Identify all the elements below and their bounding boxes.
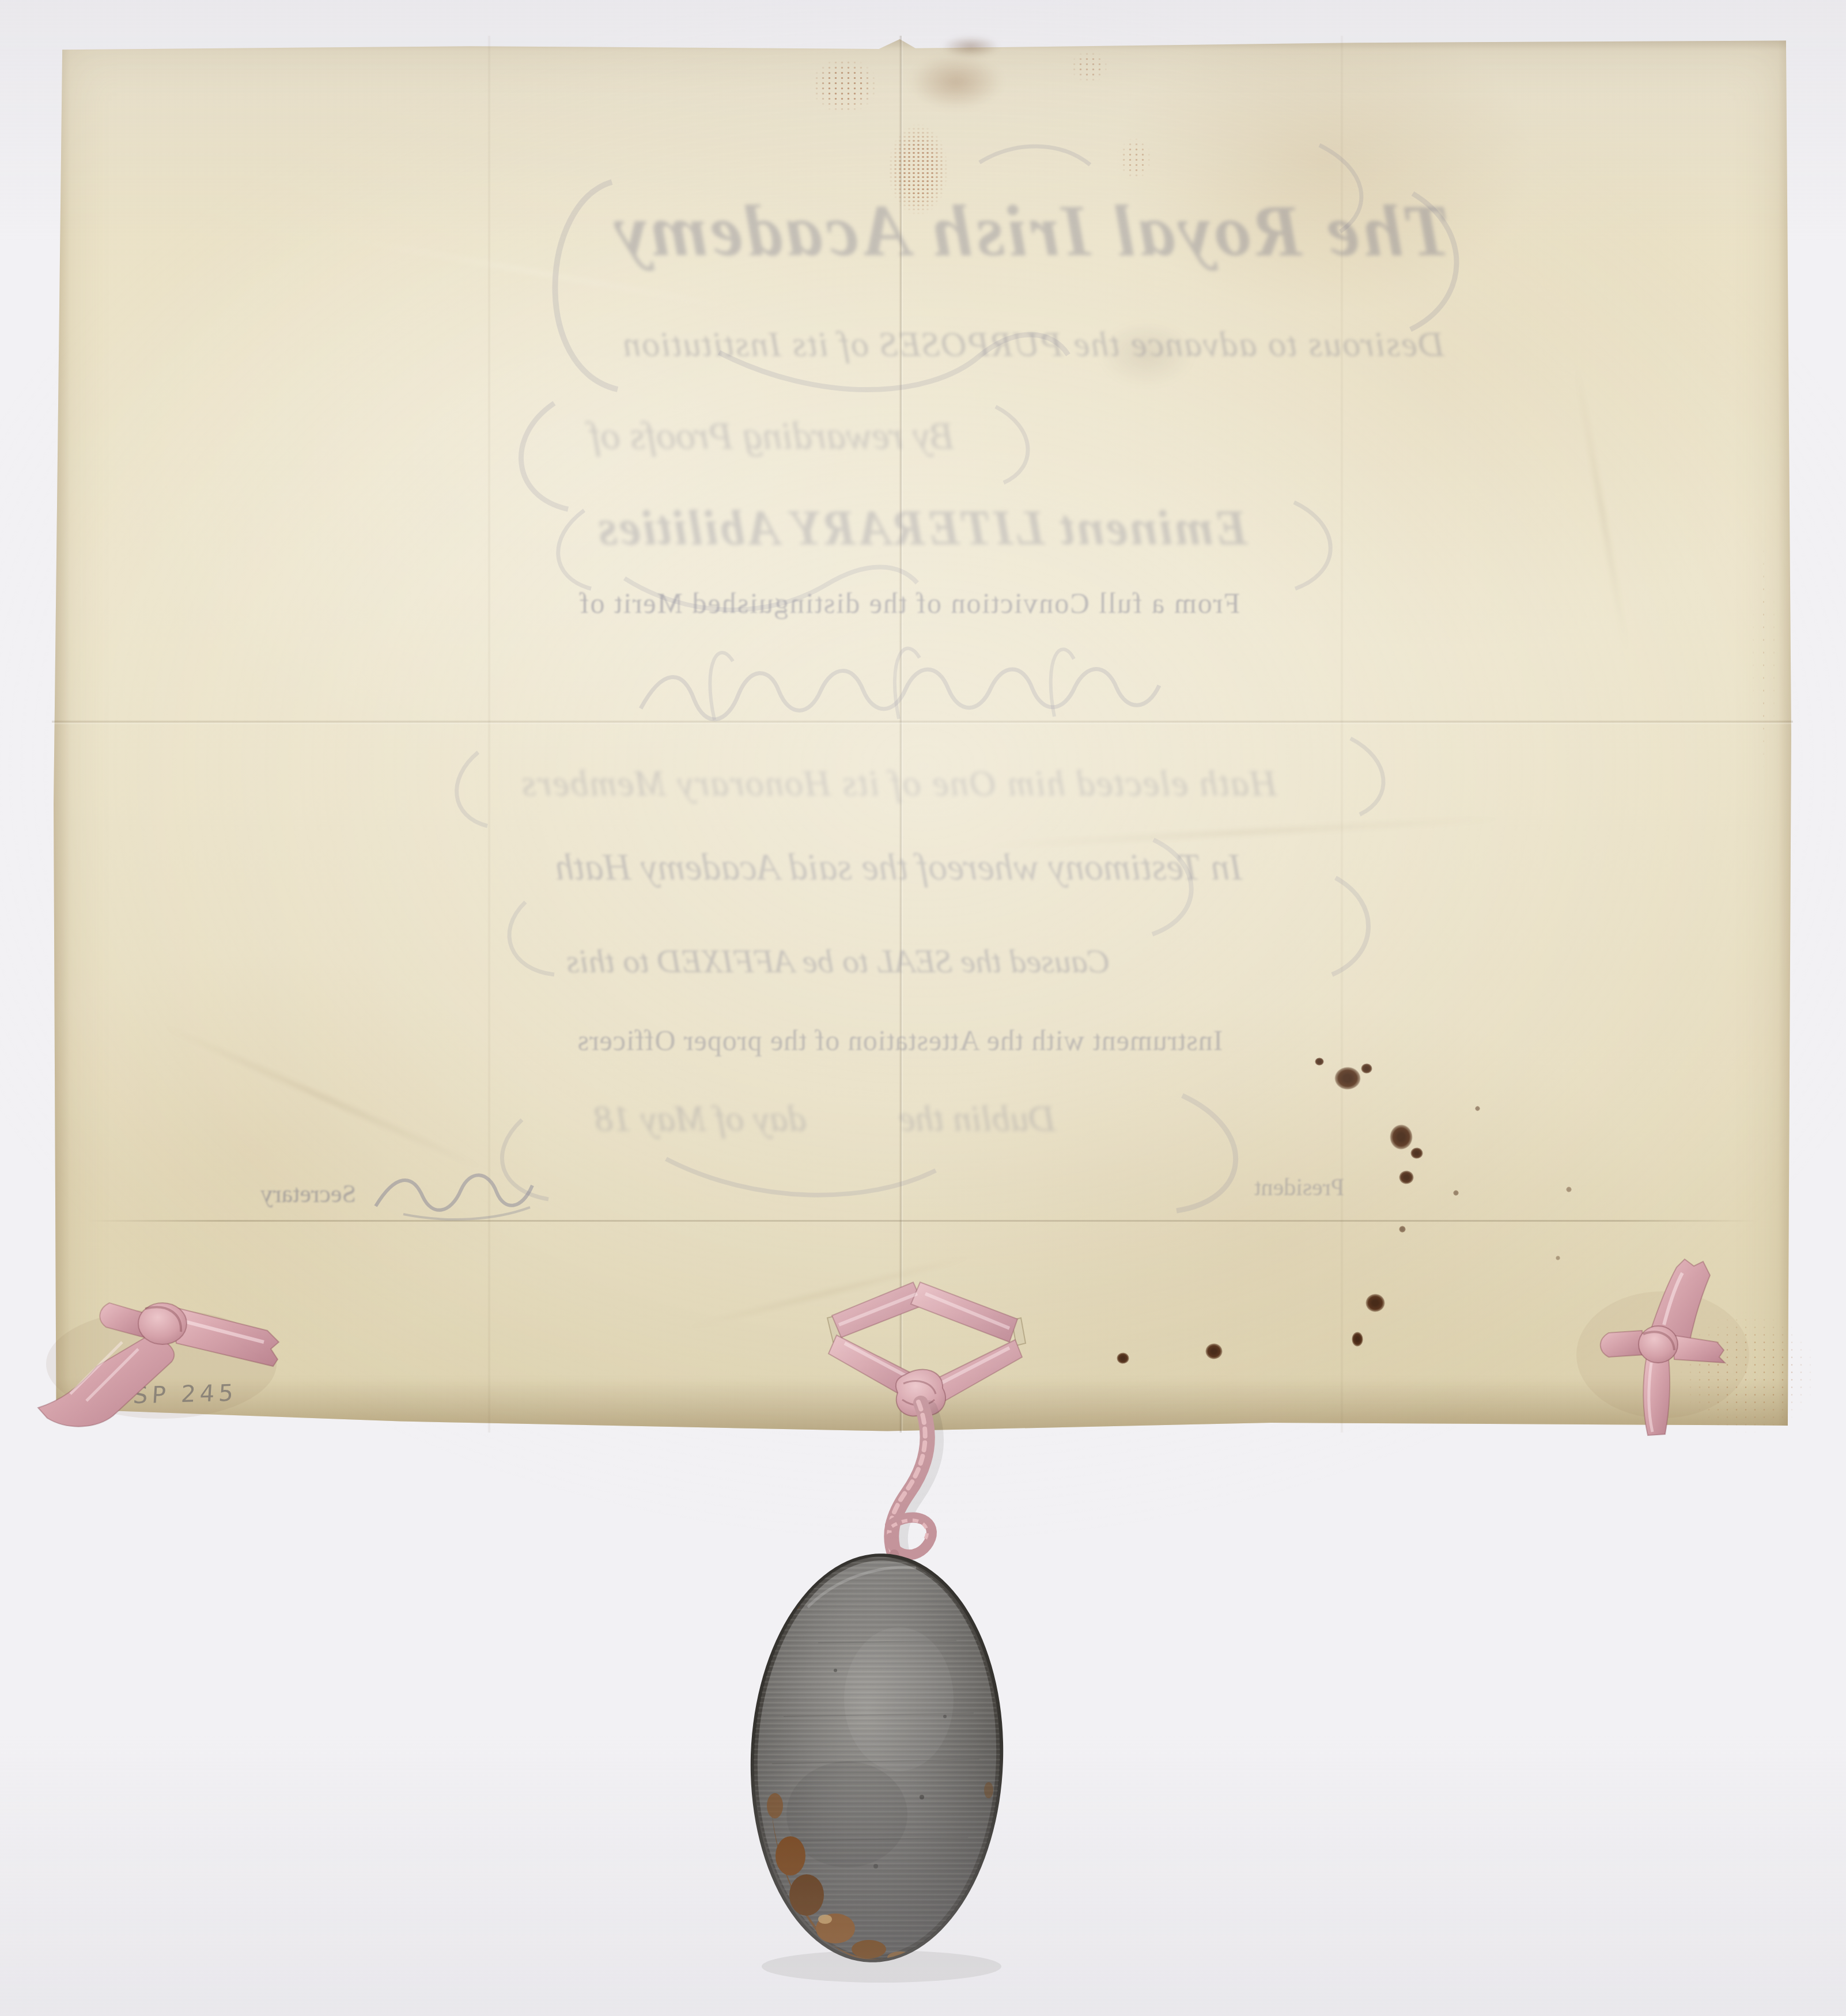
seal-top-highlight [808,1567,916,1607]
parchment-top-edge-toning [52,36,1793,51]
parchment-sheet [52,36,1793,1433]
photograph-of-diploma-verso: The Royal Irish Academy Desirous to adva… [0,0,1846,2016]
seal-shadow [762,1950,1001,1983]
seal-face [749,1555,1005,1961]
seal-outer-rim [744,1549,1011,1967]
parchment-left-edge-toning [52,36,70,1433]
seal-skippet [744,1549,1011,1983]
parchment-bottom-edge-toning [52,1378,1793,1433]
cord-knot-loop [890,1517,932,1555]
parchment-right-edge-toning [1778,36,1793,1433]
seal-rust-patches [767,1567,993,1963]
